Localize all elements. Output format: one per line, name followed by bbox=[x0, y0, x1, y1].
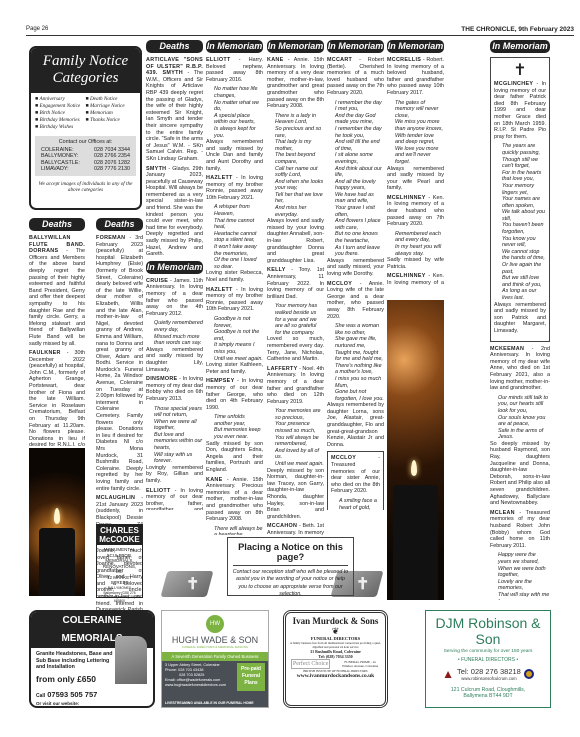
notice: HAZLETT - In loving memory of my brother… bbox=[206, 175, 263, 201]
bible-icon: ✝ bbox=[160, 565, 215, 599]
notice: CRUISE - James. 11th Anniversary. In lov… bbox=[146, 278, 203, 318]
notice: ELLIOTT - In loving memory of our dear b… bbox=[146, 488, 203, 510]
notice: MCCRELLIS - Robert. In loving memory of … bbox=[387, 57, 444, 97]
notice: MCELHINNEY - Ken. In loving memory of a … bbox=[387, 273, 444, 285]
section-header-in-memoriam: In Memoriam bbox=[206, 40, 263, 53]
notice: MCELHINNEY - Ken. In loving memory of a … bbox=[387, 195, 444, 228]
notice: ELLIOTT - Harry. Beloved nephew, passed … bbox=[206, 57, 263, 83]
notice: HEMPSEY - In loving memory of our dear f… bbox=[206, 378, 263, 411]
category-item: Thanks Notice bbox=[86, 117, 137, 124]
column-8: In Memoriam ✝ MCGLINCHEY - In loving mem… bbox=[490, 40, 550, 600]
category-item: Birth Notice bbox=[35, 110, 86, 117]
notice: KELLY - Tony. 1st Anniversary, 11 Februa… bbox=[267, 267, 324, 300]
placing-body: Contact our reception staff who will be … bbox=[228, 566, 353, 601]
category-item: Memoriam bbox=[86, 110, 137, 117]
wade-logo: HW bbox=[206, 615, 224, 633]
notice: KANE - Annie. 15th Anniversary. In lovin… bbox=[267, 57, 324, 110]
djm-robinson-advert: DJM Robinson & Son Serving the community… bbox=[425, 610, 551, 708]
images-note: We accept images of individuals in any o… bbox=[31, 178, 140, 197]
hugh-wade-advert: HW HUGH WADE & SON FUNERAL DIRECTORS & M… bbox=[161, 610, 269, 708]
section-header-deaths: Deaths bbox=[146, 40, 203, 53]
category-item: Anniversary bbox=[35, 96, 86, 103]
coleraine-memorials-advert: COLERAINE MEMORIALS Granite Headstones, … bbox=[29, 610, 155, 708]
mccooke-advert: CHARLESMcCOOKE MONUMENTAL SCULPTOR, MEMO… bbox=[96, 524, 143, 598]
notice: FOREMAN - 3rd February 2023 (peacefully)… bbox=[96, 235, 143, 492]
notice: MCGLINCHEY - In loving memory of our dea… bbox=[494, 81, 546, 140]
notice: SMYTH - Gladys. 29th January 2023, peace… bbox=[146, 166, 203, 258]
page-number: Page 26 bbox=[26, 26, 48, 35]
office-row: BALLYMONEY:028 2766 2354 bbox=[41, 153, 130, 160]
section-header-in-memoriam: In Memoriam bbox=[327, 40, 384, 53]
notice: HAZLETT - In loving memory of my brother… bbox=[206, 287, 263, 313]
placing-title: Placing a Notice on this page? bbox=[233, 538, 348, 566]
section-header-deaths: Deaths bbox=[96, 218, 143, 231]
notice: LAFFERTY - Noel. 4th Anniversary. In lov… bbox=[267, 366, 324, 406]
section-header-in-memoriam: In Memoriam bbox=[146, 261, 203, 274]
contact-title: Contact our Offices at: bbox=[41, 139, 130, 146]
notice: KANE - Annie. 15th Anniversary. Precious… bbox=[206, 477, 263, 523]
column-7: In Memoriam MCCRELLIS - Robert. In lovin… bbox=[387, 40, 444, 285]
office-contacts: Contact our Offices at: COLERAINE:028 70… bbox=[35, 136, 136, 176]
cross-icon: ✝ bbox=[494, 61, 546, 81]
website-link[interactable]: www.ivanmurdockandsons.co.uk bbox=[286, 673, 385, 679]
section-header-deaths: Deaths bbox=[29, 218, 85, 231]
candle-image bbox=[29, 448, 85, 596]
boxed-notice: ✝ MCGLINCHEY - In loving memory of our d… bbox=[490, 57, 550, 342]
office-row: COLERAINE:028 7034 3344 bbox=[41, 147, 130, 154]
page-header: Page 26 THE CHRONICLE, 9th February 2023 bbox=[26, 26, 574, 36]
family-notice-categories-box: Family Notice Categories Anniversary Dea… bbox=[29, 46, 142, 210]
column-4: In Memoriam ELLIOTT - Harry. Beloved nep… bbox=[206, 40, 263, 535]
category-item: Marriage Notice bbox=[86, 103, 137, 110]
category-item: Birthday Memories bbox=[35, 117, 86, 124]
association-badge-icon bbox=[524, 669, 534, 679]
triangle-logo-icon: ▲ bbox=[442, 667, 454, 681]
category-item: Birthday Wishes bbox=[35, 124, 86, 131]
notice: MCCAHON - Beth. 1st Anniversary. In memo… bbox=[267, 523, 324, 535]
boxed-notice: MCCLOY - Treasured memories of our dear … bbox=[327, 451, 384, 510]
box-title-line1: Family Notice bbox=[31, 53, 140, 70]
candle-image bbox=[387, 300, 444, 600]
ivan-murdock-advert: Ivan Murdock & Sons ❦ FUNERAL DIRECTORS … bbox=[283, 610, 388, 708]
notice: MCCLOY - Annie. Loving wife of the late … bbox=[327, 281, 384, 321]
section-header-in-memoriam: In Memoriam bbox=[490, 40, 550, 53]
notice: MCLEAN - Treasured memories of my dear h… bbox=[490, 510, 550, 550]
notice: BALLYWILLAN FLUTE BAND. DORRANS - The Of… bbox=[29, 235, 85, 347]
notice: DINSMORE - In loving memory of my dear d… bbox=[146, 376, 203, 402]
office-row: BALLYCASTLE:028 2076 1282 bbox=[41, 160, 130, 167]
category-item: Death Notice bbox=[86, 96, 137, 103]
website-link[interactable]: www.colerainememorials.co.uk bbox=[36, 706, 148, 708]
section-header-in-memoriam: In Memoriam bbox=[387, 40, 444, 53]
notice: MCCLOY - Treasured memories of our dear … bbox=[331, 455, 380, 495]
category-list: Anniversary Death Notice Engagement Noti… bbox=[31, 93, 140, 134]
column-3: Deaths ARTICLAVE "SONS OF ULSTER" R.B.P.… bbox=[146, 40, 203, 510]
section-header-in-memoriam: In Memoriam bbox=[267, 40, 324, 53]
office-row: LIMAVADY:028 7776 2130 bbox=[41, 166, 130, 173]
box-title-line2: Categories bbox=[31, 70, 140, 87]
notice: MCCART - Robert (Bertie). Cherished memo… bbox=[327, 57, 384, 97]
publication-dateline: THE CHRONICLE, 9th February 2023 bbox=[461, 26, 574, 35]
placing-notice-box: Placing a Notice on this page? Contact o… bbox=[227, 537, 354, 596]
column-5: In Memoriam KANE - Annie. 15th Anniversa… bbox=[267, 40, 324, 535]
notice: MCKEEMAN - 2nd Anniversary. In loving me… bbox=[490, 346, 550, 392]
notice: ARTICLAVE "SONS OF ULSTER" R.B.P. 439. S… bbox=[146, 57, 203, 163]
category-item: Engagement Notice bbox=[35, 103, 86, 110]
column-6: In Memoriam MCCART - Robert (Bertie). Ch… bbox=[327, 40, 384, 510]
